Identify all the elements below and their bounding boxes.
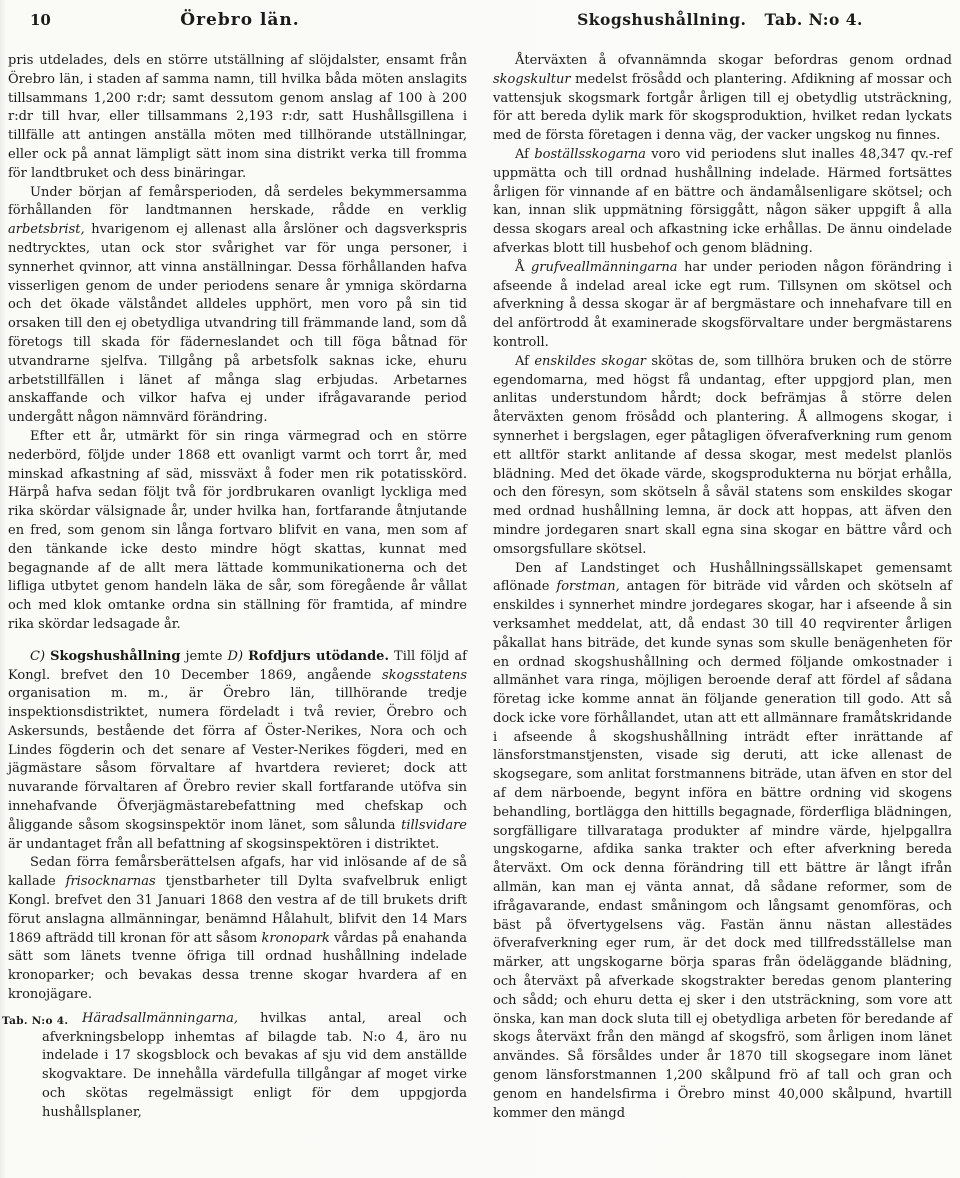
text-segment: enskildes skogar (534, 354, 646, 369)
paragraph: Återväxten å ofvannämnda skogar befordra… (493, 52, 952, 146)
text-segment: arbetsbrist, (8, 222, 85, 237)
running-head-left-title: Örebro län. (180, 10, 299, 30)
paragraph: Den af Landstinget och Hushållningssälls… (493, 560, 952, 1124)
paragraph: pris utdelades, dels en större utställni… (8, 52, 467, 184)
text-segment: Rofdjurs utödande. (248, 649, 389, 664)
text-segment: skogsstatens (382, 668, 467, 683)
text-segment: antagen för biträde vid vården och sköts… (493, 579, 952, 1120)
text-segment: grufveallmänningarna (531, 260, 678, 275)
text-segment: boställsskogarna (534, 147, 646, 162)
text-segment: hvilkas antal, areal och afverkningsbelo… (42, 1011, 467, 1120)
text-segment: tillsvidare (401, 818, 467, 833)
text-segment: hvarigenom ej allenast alla årslöner och… (8, 222, 467, 425)
running-head-right: Skogshushållning.Tab. N:o 4. (480, 10, 960, 40)
text-segment: Efter ett år, utmärkt för sin ringa värm… (8, 429, 467, 632)
running-head-table-ref: Tab. N:o 4. (764, 10, 862, 29)
text-segment: är undantaget från all befattning af sko… (8, 837, 439, 852)
text-segment: frisocknarnas (66, 874, 156, 889)
text-segment: Under början af femårsperioden, då serde… (8, 185, 467, 219)
text-segment: Å (515, 260, 531, 275)
text-segment: skötas de, som tillhöra bruken och de st… (493, 354, 952, 557)
text-segment: Återväxten å ofvannämnda skogar befordra… (515, 53, 952, 68)
text-segment: skogskultur (493, 72, 571, 87)
left-column: pris utdelades, dels en större utställni… (8, 52, 467, 1123)
paragraph: C) Skogshushållning jemte D) Rofdjurs ut… (8, 648, 467, 855)
document-page: 10 Örebro län. Skogshushållning.Tab. N:o… (0, 0, 960, 1178)
running-head-right-title: Skogshushållning. (577, 10, 746, 29)
text-segment: Af (515, 354, 534, 369)
page-number: 10 (30, 11, 51, 29)
text-segment: C) (30, 649, 50, 664)
text-segment: jemte (180, 649, 227, 664)
running-head-left: Örebro län. (0, 10, 480, 40)
text-segment: voro vid periodens slut inalles 48,347 q… (493, 147, 952, 256)
text-segment: organisation m. m., är Örebro län, tillh… (8, 686, 467, 833)
text-segment: forstman, (556, 579, 619, 594)
paragraph: Af enskildes skogar skötas de, som tillh… (493, 353, 952, 560)
right-column: Återväxten å ofvannämnda skogar befordra… (493, 52, 952, 1123)
text-columns: pris utdelades, dels en större utställni… (0, 40, 960, 1123)
text-segment: pris utdelades, dels en större utställni… (8, 53, 467, 181)
paragraph: Efter ett år, utmärkt för sin ringa värm… (8, 428, 467, 635)
text-segment: Häradsallmänningarna, (82, 1011, 238, 1026)
paragraph: Å grufveallmänningarna har under periode… (493, 259, 952, 353)
paragraph: Sedan förra femårsberättelsen afgafs, ha… (8, 854, 467, 1004)
text-segment: Skogshushållning (50, 649, 180, 664)
paragraph: Tab. N:o 4.Häradsallmänningarna, hvilkas… (8, 1010, 467, 1123)
text-segment: D) (228, 649, 249, 664)
margin-note: Tab. N:o 4. (2, 1012, 68, 1031)
paragraph: Af boställsskogarna voro vid periodens s… (493, 146, 952, 259)
text-segment: kronopark (262, 931, 330, 946)
text-segment: Af (515, 147, 534, 162)
paragraph: Under början af femårsperioden, då serde… (8, 184, 467, 428)
page-header: 10 Örebro län. Skogshushållning.Tab. N:o… (0, 0, 960, 40)
